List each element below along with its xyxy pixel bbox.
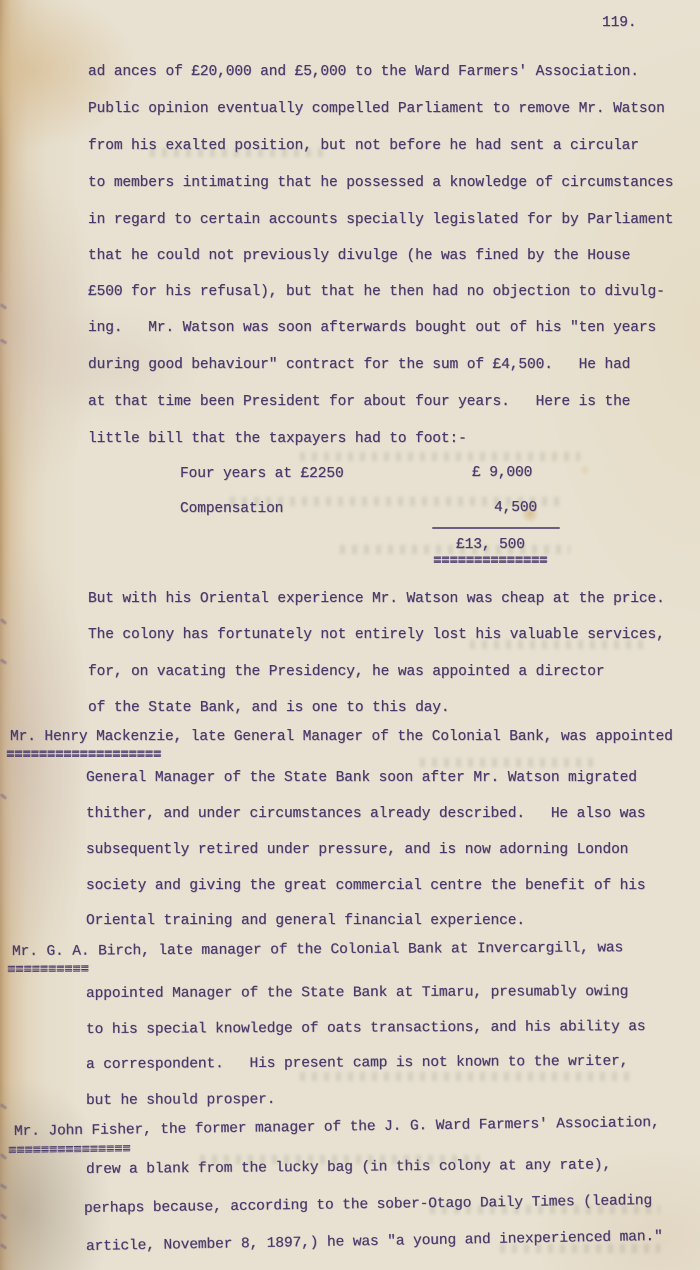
bleed-through-smudge bbox=[230, 497, 560, 506]
binding-mark bbox=[0, 303, 7, 309]
text-line: to members intimating that he possessed … bbox=[88, 175, 673, 192]
table-total-rule bbox=[432, 527, 560, 529]
binding-mark bbox=[0, 1153, 7, 1160]
bleed-through-smudge bbox=[300, 1072, 630, 1081]
text-line: thither, and under circumstances already… bbox=[86, 806, 646, 823]
binding-mark bbox=[0, 618, 7, 625]
binding-mark bbox=[0, 658, 7, 664]
text-line: ing. Mr. Watson was soon afterwards boug… bbox=[88, 320, 656, 337]
text-line: subsequently retired under pressure, and… bbox=[86, 842, 628, 859]
underline-equals: =================== bbox=[6, 747, 161, 764]
binding-mark bbox=[0, 1183, 7, 1189]
bleed-through-smudge bbox=[300, 452, 580, 461]
text-line: for, on vacating the Presidency, he was … bbox=[88, 664, 604, 681]
text-line: during good behaviour" contract for the … bbox=[88, 357, 630, 374]
document-page: 119. ad ances of £20,000 and £5,000 to t… bbox=[0, 0, 700, 1270]
text-line: Mr. Henry Mackenzie, late General Manage… bbox=[10, 729, 673, 746]
text-line: but he should prosper. bbox=[86, 1092, 275, 1110]
text-line: Mr. G. A. Birch, late manager of the Col… bbox=[12, 940, 623, 961]
bleed-through-smudge bbox=[470, 640, 650, 649]
text-line: a correspondent. His present camp is not… bbox=[86, 1054, 628, 1074]
binding-mark bbox=[0, 338, 7, 344]
underline-equals: ========== bbox=[7, 962, 89, 979]
text-line: little bill that the taxpayers had to fo… bbox=[88, 431, 467, 448]
text-line: at that time been President for about fo… bbox=[88, 394, 630, 411]
text-line: Four years at £2250 bbox=[180, 466, 344, 483]
text-line: General Manager of the State Bank soon a… bbox=[86, 770, 637, 787]
text-line: Public opinion eventually compelled Parl… bbox=[88, 101, 665, 118]
text-line: Mr. John Fisher, the former manager of t… bbox=[14, 1115, 660, 1141]
bleed-through-smudge bbox=[430, 1205, 660, 1214]
text-line: in regard to certain accounts specially … bbox=[88, 212, 673, 229]
text-line: to his special knowledge of oats transac… bbox=[86, 1019, 646, 1039]
underline-equals: =============== bbox=[8, 1141, 131, 1159]
bleed-through-smudge bbox=[420, 758, 600, 767]
binding-mark bbox=[0, 1103, 7, 1109]
binding-mark bbox=[0, 793, 7, 800]
binding-mark bbox=[0, 1213, 7, 1220]
binding-mark bbox=[0, 1243, 7, 1249]
text-line: But with his Oriental experience Mr. Wat… bbox=[88, 591, 665, 608]
bleed-through-smudge bbox=[340, 545, 570, 554]
underline-equals: ============== bbox=[433, 553, 547, 570]
text-line: Oriental training and general financial … bbox=[86, 913, 525, 930]
bleed-through-smudge bbox=[500, 1244, 660, 1253]
text-line: £500 for his refusal), but that he then … bbox=[88, 284, 665, 301]
bleed-through-smudge bbox=[200, 1155, 480, 1164]
text-line: ad ances of £20,000 and £5,000 to the Wa… bbox=[88, 64, 639, 81]
text-line: of the State Bank, and is one to this da… bbox=[88, 700, 450, 717]
text-line: £ 9,000 bbox=[472, 465, 532, 482]
text-line: appointed Manager of the State Bank at T… bbox=[86, 984, 628, 1003]
text-line: society and giving the great commercial … bbox=[86, 878, 646, 895]
page-number: 119. bbox=[602, 15, 636, 32]
bleed-through-smudge bbox=[150, 148, 330, 157]
text-line: that he could not previously divulge (he… bbox=[88, 248, 630, 265]
